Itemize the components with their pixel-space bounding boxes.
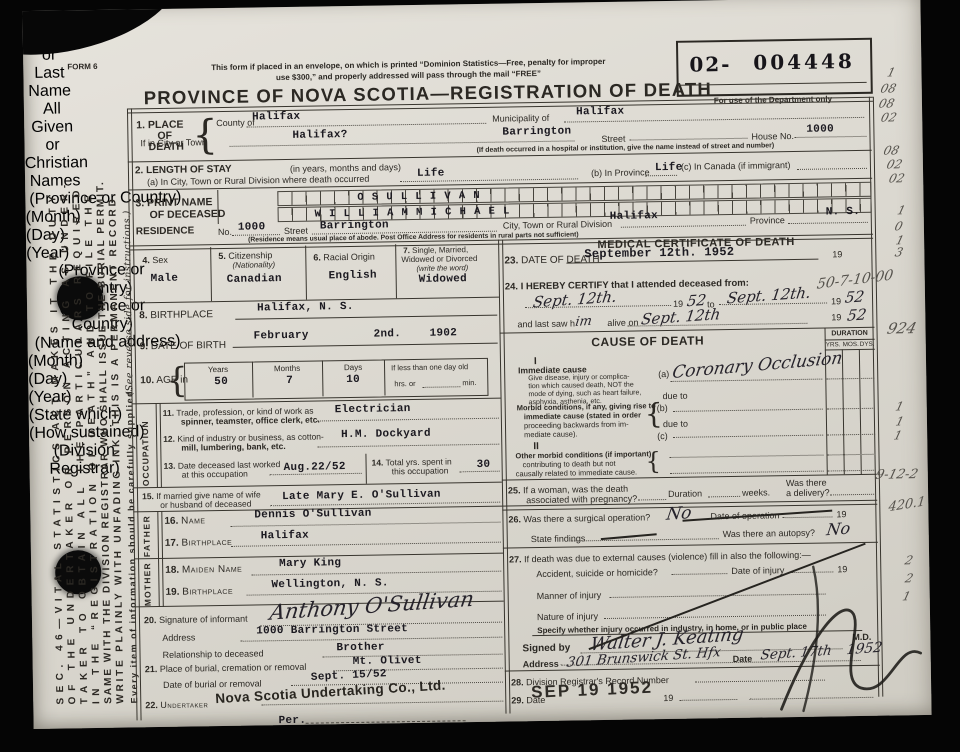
dotted-line bbox=[827, 434, 875, 436]
age-years-label: Years bbox=[184, 365, 252, 375]
racial-origin-value: English bbox=[329, 270, 377, 283]
date-of-death-value: September 12th. 1952 bbox=[584, 245, 734, 261]
margin-number: 420.1 bbox=[888, 494, 926, 515]
dotted-line bbox=[708, 496, 740, 498]
brace: { bbox=[645, 397, 663, 430]
given-sublabel: All Given or bbox=[24, 100, 81, 155]
mother-birthplace-label: 19. Birthplace bbox=[165, 586, 233, 598]
last-saw-fill: im bbox=[574, 314, 593, 330]
certificate-paper: SEC. 46—VITAL STATISTICS ACT MAKES IT TH… bbox=[22, 0, 931, 729]
registration-number: 004448 bbox=[753, 49, 855, 75]
racial-origin-label: 6. Racial Origin bbox=[313, 252, 375, 263]
mother-maiden-name-value: Mary King bbox=[279, 557, 341, 570]
printed-19: 19 bbox=[832, 249, 842, 259]
county-value: Halifax bbox=[252, 111, 300, 124]
father-birthplace-value: Halifax bbox=[261, 530, 309, 543]
age-months-value: 7 bbox=[286, 375, 293, 387]
autopsy-value: No bbox=[825, 518, 851, 539]
manner-of-injury-label: Manner of injury bbox=[537, 590, 602, 601]
line bbox=[498, 240, 510, 714]
citizenship-value: Canadian bbox=[227, 273, 282, 286]
brace: { bbox=[645, 447, 661, 475]
residence-street-value: Barrington bbox=[320, 219, 389, 232]
dotted-line bbox=[794, 136, 866, 138]
dotted-line bbox=[261, 701, 503, 706]
dotted-line bbox=[828, 470, 876, 472]
residence-label: RESIDENCE bbox=[136, 225, 195, 237]
city-town-label: If in City or Town bbox=[140, 137, 207, 148]
spouse-value: Late Mary E. O'Sullivan bbox=[282, 489, 441, 503]
dotted-line bbox=[246, 123, 486, 128]
informant-address-label: Address bbox=[162, 632, 195, 643]
burial-place-label: 21. Place of burial, cremation or remova… bbox=[145, 662, 307, 675]
occupation-group-label: OCCUPATION bbox=[140, 420, 151, 486]
margin-number: 924 bbox=[885, 319, 918, 338]
mother-maiden-name-label: 18. Maiden Name bbox=[165, 564, 242, 576]
stay-city-label: (a) In City, Town or Rural Division wher… bbox=[147, 174, 369, 187]
division-registrar-signature bbox=[661, 557, 923, 716]
received-date-stamp: SEP 19 1952 bbox=[531, 678, 654, 703]
delivery-label: a delivery? bbox=[786, 487, 830, 498]
marital-status-value: Widowed bbox=[419, 273, 467, 286]
signed-by-label: Signed by bbox=[522, 643, 570, 655]
margin-number: 9-12-2 bbox=[874, 467, 920, 483]
residence-street-label: Street bbox=[284, 226, 308, 236]
margin-number: 08 bbox=[877, 96, 896, 110]
last-saw-label: and last saw h bbox=[517, 318, 575, 329]
due-to-label: due to bbox=[663, 419, 688, 429]
spouse-label: or husband of deceased bbox=[160, 499, 251, 510]
duration-col-dys: DYS. bbox=[860, 341, 875, 348]
autopsy-label: Was there an autopsy? bbox=[723, 528, 815, 539]
state-findings-label: State findings bbox=[531, 533, 586, 544]
age-years-value: 50 bbox=[214, 376, 228, 388]
industry-value: H.M. Dockyard bbox=[341, 428, 431, 441]
citizenship-sublabel: (Nationality) bbox=[232, 260, 275, 270]
dotted-line bbox=[782, 516, 832, 518]
birthplace-label: 8. BIRTHPLACE bbox=[139, 309, 213, 321]
residence-province-label: Province bbox=[750, 215, 785, 226]
form-number: FORM 6 bbox=[67, 62, 97, 71]
birth-day-value: 2nd. bbox=[373, 328, 401, 340]
duration-header: DURATION bbox=[825, 330, 875, 338]
stay-province-value: Life bbox=[655, 162, 683, 174]
line bbox=[235, 315, 497, 320]
field-2-label: 2. LENGTH OF STAY bbox=[135, 164, 232, 177]
registration-number-prefix: 02- bbox=[689, 52, 732, 77]
informant-address-value: 1000 Barrington Street bbox=[256, 623, 408, 637]
mother-group-label: MOTHER bbox=[142, 562, 153, 606]
marital-status-sublabel: (write the word) bbox=[416, 263, 468, 273]
dotted-line bbox=[251, 571, 501, 576]
margin-number: 02 bbox=[887, 171, 906, 185]
residence-city-value: Halifax bbox=[610, 210, 658, 223]
dotted-line bbox=[645, 175, 677, 177]
due-to-label: due to bbox=[662, 391, 687, 401]
trade-value: Electrician bbox=[335, 403, 411, 416]
physician-address-label: Address bbox=[523, 659, 559, 670]
street-value: Barrington bbox=[502, 125, 571, 138]
last-worked-label: at this occupation bbox=[182, 469, 248, 480]
margin-number: 02 bbox=[885, 157, 904, 171]
stay-city-value: Life bbox=[417, 167, 445, 179]
surgical-operation-label: 26. Was there a surgical operation? bbox=[508, 512, 650, 524]
margin-number: 1 bbox=[892, 428, 903, 442]
sex-label: 4. Sex bbox=[142, 255, 168, 265]
date-of-birth-label: 9. DATE OF BIRTH bbox=[140, 340, 226, 352]
delivery-label: Was there bbox=[786, 478, 827, 489]
informant-relationship-label: Relationship to deceased bbox=[162, 648, 263, 660]
undertaker-label: 22. Undertaker bbox=[145, 699, 208, 710]
margin-number: 1 bbox=[886, 65, 897, 79]
last-saw-year-value: 52 bbox=[846, 305, 868, 325]
father-group-label: FATHER bbox=[141, 515, 152, 558]
informant-signature-label: 20. Signature of informant bbox=[144, 614, 248, 626]
morbid-conditions-label: mediate cause). bbox=[524, 429, 578, 439]
dotted-line bbox=[460, 471, 500, 473]
municipality-label: Municipality of bbox=[492, 113, 549, 124]
scanned-death-certificate: SEC. 46—VITAL STATISTICS ACT MAKES IT TH… bbox=[0, 0, 960, 752]
weeks-label: weeks. bbox=[742, 487, 770, 497]
industry-label: mill, lumbering, bank, etc. bbox=[181, 441, 286, 453]
line bbox=[133, 482, 502, 489]
informant-relationship-value: Brother bbox=[336, 641, 384, 654]
dotted-line bbox=[670, 455, 824, 458]
age-days-label: Days bbox=[322, 362, 384, 372]
total-years-value: 30 bbox=[477, 459, 491, 471]
margin-number: 08 bbox=[879, 81, 898, 95]
total-years-label: this occupation bbox=[392, 465, 449, 476]
line bbox=[217, 190, 219, 224]
mother-birthplace-value: Wellington, N. S. bbox=[271, 577, 389, 591]
house-no-value: 1000 bbox=[806, 123, 834, 135]
per-label: Per. bbox=[279, 715, 307, 727]
dotted-line bbox=[630, 138, 748, 141]
age-note: If less than one day old bbox=[391, 362, 468, 372]
to-year-value: 52 bbox=[844, 287, 866, 307]
dotted-line bbox=[673, 435, 823, 438]
burial-date-label: Date of burial or removal bbox=[163, 678, 262, 690]
line bbox=[365, 454, 367, 484]
dotted-line bbox=[830, 494, 874, 496]
surname-value: OSULLIVAN bbox=[357, 190, 488, 204]
field-3-label: OF DECEASED bbox=[150, 208, 226, 221]
printed-19: 19 bbox=[831, 312, 841, 322]
dotted-line bbox=[638, 499, 666, 500]
cause-c-label: (c) bbox=[657, 431, 668, 441]
sex-value: Male bbox=[151, 273, 179, 285]
dotted-line bbox=[231, 522, 501, 527]
father-name-value: Dennis O'Sullivan bbox=[254, 508, 372, 522]
margin-number: 02 bbox=[879, 110, 898, 124]
street-label: Street bbox=[601, 134, 625, 144]
certify-label: 24. I HEREBY CERTIFY that I attended dec… bbox=[505, 278, 749, 293]
dotted-line bbox=[827, 454, 875, 456]
duration-label: Duration bbox=[668, 488, 702, 499]
dotted-line bbox=[231, 542, 501, 547]
father-birthplace-label: 17. Birthplace bbox=[165, 537, 233, 549]
stay-province-label: (b) In Province bbox=[591, 167, 650, 178]
age-min-label: min. bbox=[462, 378, 476, 387]
father-name-label: 16. Name bbox=[164, 515, 205, 527]
age-days-value: 10 bbox=[346, 374, 360, 386]
nature-of-injury-label: Nature of injury bbox=[537, 611, 598, 622]
dotted-line bbox=[670, 471, 824, 474]
dotted-line bbox=[571, 538, 719, 541]
duration-col-yrs: YRS. bbox=[826, 341, 841, 348]
other-morbid-label: causally related to immediate cause. bbox=[516, 468, 637, 479]
residence-city-label: City, Town or Rural Division bbox=[503, 219, 612, 231]
stay-canada-label: (c) In Canada (if immigrant) bbox=[681, 160, 791, 172]
birth-year-value: 1902 bbox=[429, 327, 457, 339]
margin-number: 08 bbox=[882, 143, 901, 157]
dashed-line bbox=[306, 720, 466, 724]
house-no-label: House No. bbox=[751, 131, 794, 142]
age-months-label: Months bbox=[252, 363, 322, 373]
birth-month-value: February bbox=[253, 330, 308, 343]
residence-no-label: No. bbox=[218, 227, 232, 237]
municipality-value: Halifax bbox=[576, 106, 624, 119]
residence-province-value: N. S. bbox=[826, 206, 861, 219]
last-worked-value: Aug.22/52 bbox=[284, 461, 346, 474]
burial-place-value: Mt. Olivet bbox=[353, 655, 422, 668]
printed-19: 19 bbox=[831, 296, 841, 306]
accident-label: Accident, suicide or homicide? bbox=[536, 567, 658, 579]
residence-no-value: 1000 bbox=[238, 221, 266, 233]
cause-a-label: (a) bbox=[658, 369, 669, 379]
brace: { bbox=[192, 112, 218, 158]
birthplace-value: Halifax, N. S. bbox=[257, 301, 354, 315]
surgical-operation-value: No bbox=[665, 503, 693, 525]
dotted-line bbox=[317, 444, 499, 448]
dotted-line bbox=[797, 168, 867, 170]
city-town-value: Halifax? bbox=[292, 129, 347, 142]
dotted-line bbox=[270, 473, 362, 475]
age-hrs-label: hrs. or bbox=[394, 379, 415, 388]
duration-col-mos: MOS. bbox=[843, 341, 859, 348]
field-2-sublabel: (in years, months and days) bbox=[290, 162, 401, 174]
